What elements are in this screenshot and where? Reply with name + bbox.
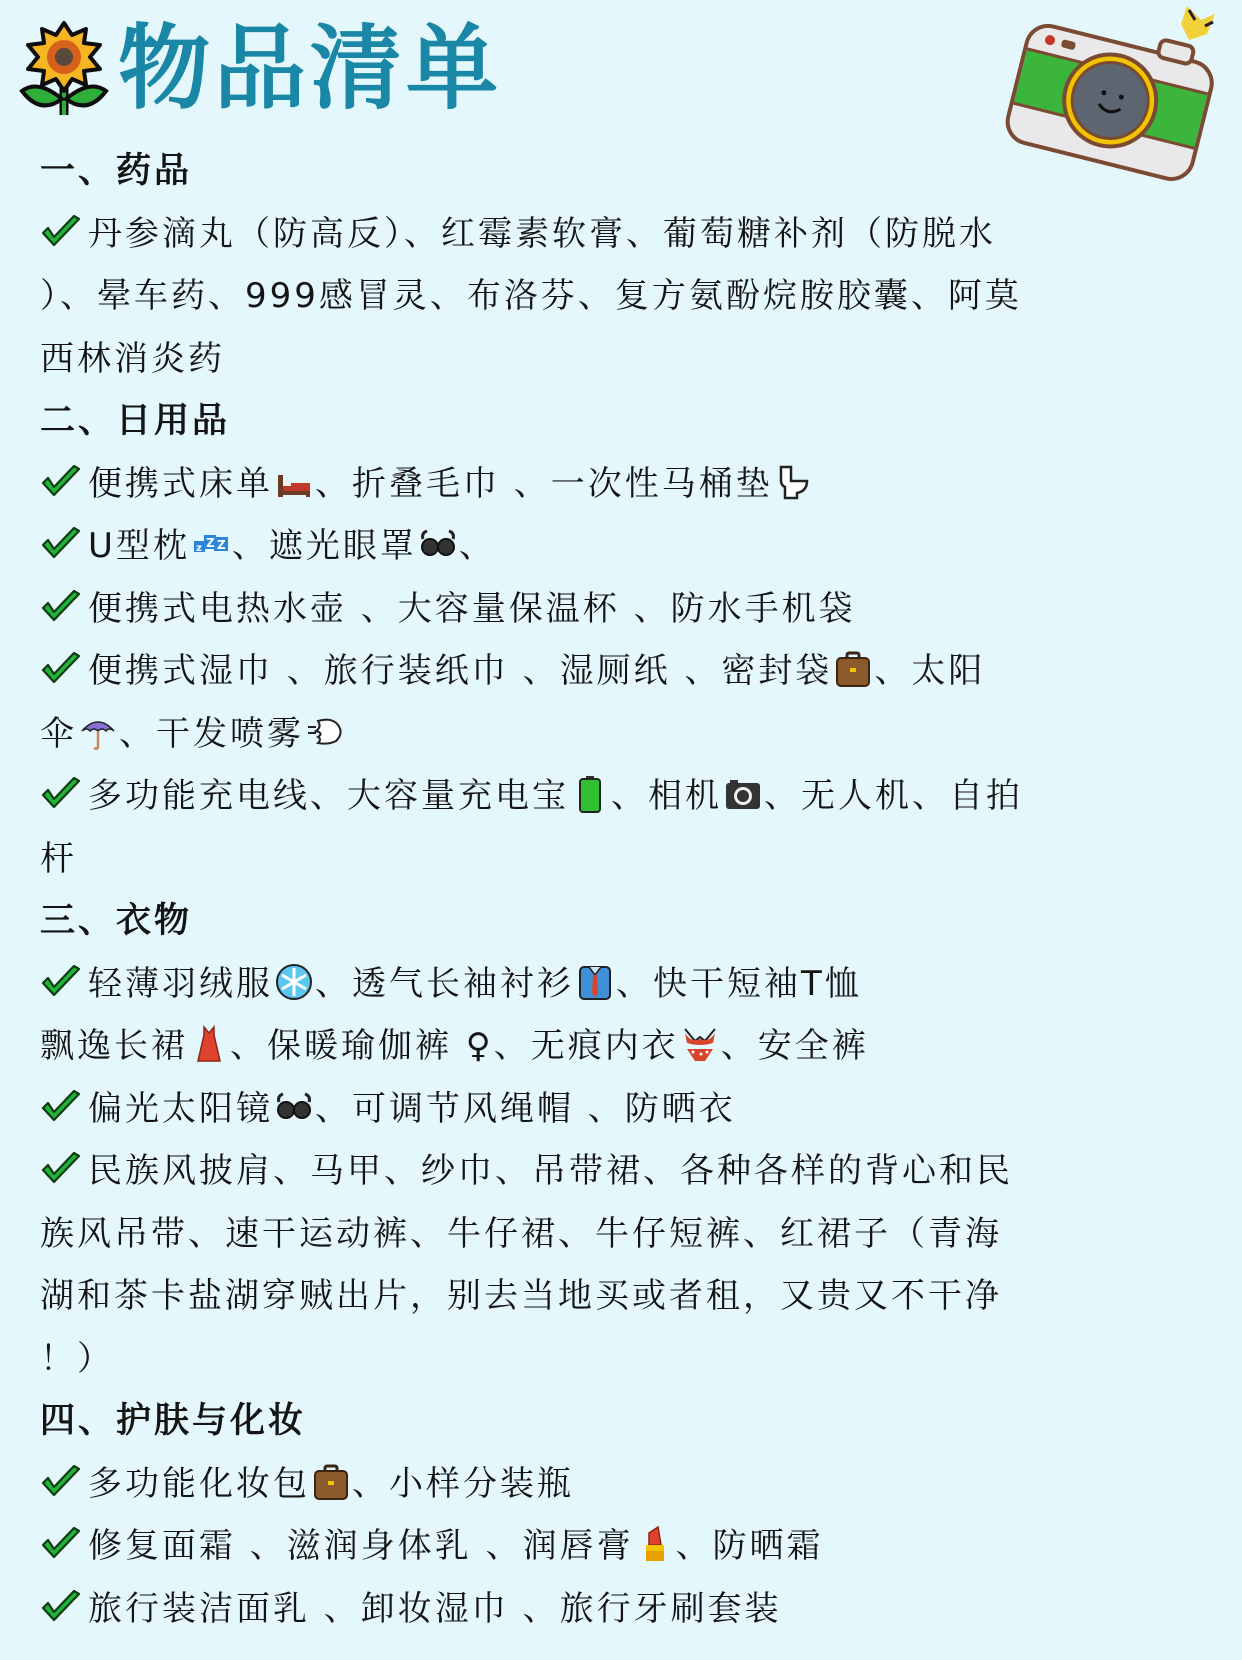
check-icon: [40, 590, 82, 624]
item-text: 、透气长袖衬衫: [315, 964, 574, 1004]
list-item: 偏光太阳镜、可调节风绳帽 、防晒衣: [40, 1078, 1220, 1141]
check-icon: [40, 1527, 82, 1561]
item-text: 、折叠毛巾 、一次性马桶垫: [315, 464, 773, 504]
item-text: 、无人机、自拍: [764, 776, 1023, 816]
check-icon: [40, 777, 82, 811]
item-text: 轻薄羽绒服: [88, 964, 273, 1004]
item-text: 丹参滴丸（防高反）、红霉素软膏、葡萄糖补剂（防脱水: [88, 214, 996, 254]
briefcase-icon: [834, 650, 872, 688]
item-text: 偏光太阳镜: [88, 1089, 273, 1129]
check-icon: [40, 527, 82, 561]
list-item-continuation: ！）: [40, 1328, 1220, 1391]
item-text: 便携式床单: [88, 464, 273, 504]
item-text: U型枕: [88, 526, 190, 566]
bed-icon: [275, 463, 313, 501]
item-text: 、可调节风绳帽 、防晒衣: [315, 1089, 736, 1129]
sunglasses-icon: [275, 1088, 313, 1126]
item-text: 杆: [40, 839, 77, 879]
item-text: 、安全裤: [721, 1026, 869, 1066]
item-text: ）、晕车药、999感冒灵、布洛芬、复方氨酚烷胺胶囊、阿莫: [40, 276, 1022, 316]
item-text: 、快干短袖T恤: [616, 964, 862, 1004]
list-item-continuation: ）、晕车药、999感冒灵、布洛芬、复方氨酚烷胺胶囊、阿莫: [40, 265, 1220, 328]
toilet-icon: [775, 463, 813, 501]
item-text: 、干发喷雾: [119, 714, 304, 754]
umbrella-icon: [79, 713, 117, 751]
list-item: U型枕zZZ、遮光眼罩、: [40, 515, 1220, 578]
item-text: 、: [459, 526, 496, 566]
check-icon: [40, 965, 82, 999]
check-icon: [40, 215, 82, 249]
lipstick-icon: [636, 1525, 674, 1563]
item-text: 、小样分装瓶: [352, 1464, 574, 1504]
sunglasses-icon: [419, 525, 457, 563]
item-text: 伞: [40, 714, 77, 754]
camera-icon: [724, 775, 762, 813]
list-item-continuation: 飘逸长裙、保暖瑜伽裤 ♀、无痕内衣、安全裤: [40, 1015, 1220, 1078]
item-text: 西林消炎药: [40, 339, 225, 379]
item-text: 、保暖瑜伽裤 ♀、无痕内衣: [230, 1026, 679, 1066]
list-item: 便携式电热水壶 、大容量保温杯 、防水手机袋: [40, 578, 1220, 641]
item-text: 民族风披肩、马甲、纱巾、吊带裙、各种各样的背心和民: [88, 1151, 1013, 1191]
list-item: 多功能化妆包、小样分装瓶: [40, 1453, 1220, 1516]
list-item: 丹参滴丸（防高反）、红霉素软膏、葡萄糖补剂（防脱水: [40, 203, 1220, 266]
battery-icon: [571, 775, 609, 813]
section-heading-daily-items: 二、日用品: [40, 390, 1220, 453]
item-text: ！）: [40, 1339, 114, 1379]
check-icon: [40, 1465, 82, 1499]
shirt-icon: [576, 963, 614, 1001]
sunflower-icon: [18, 19, 110, 119]
section-heading-clothing: 三、衣物: [40, 890, 1220, 953]
item-text: 旅行装洁面乳 、卸妆湿巾 、旅行牙刷套装: [88, 1589, 782, 1629]
item-text: 飘逸长裙: [40, 1026, 188, 1066]
check-icon: [40, 465, 82, 499]
item-text: 、防晒霜: [676, 1526, 824, 1566]
item-text: 湖和茶卡盐湖穿贼出片，别去当地买或者租，又贵又不干净: [40, 1276, 1002, 1316]
list-item: 旅行装洁面乳 、卸妆湿巾 、旅行牙刷套装: [40, 1578, 1220, 1641]
item-text: 、太阳: [874, 651, 985, 691]
check-icon: [40, 652, 82, 686]
snowflake-icon: [275, 963, 313, 1001]
item-text: 、遮光眼罩: [232, 526, 417, 566]
item-text: 、相机: [611, 776, 722, 816]
zzz-icon: zZZ: [192, 525, 230, 563]
list-item: 多功能充电线、大容量充电宝、相机、无人机、自拍: [40, 765, 1220, 828]
svg-text:Z: Z: [217, 538, 229, 552]
checklist: 一、药品 丹参滴丸（防高反）、红霉素软膏、葡萄糖补剂（防脱水 ）、晕车药、999…: [40, 140, 1220, 1640]
section-heading-medicine: 一、药品: [40, 140, 1220, 203]
list-item-continuation: 伞、干发喷雾: [40, 703, 1220, 766]
list-item: 民族风披肩、马甲、纱巾、吊带裙、各种各样的背心和民: [40, 1140, 1220, 1203]
list-item: 便携式湿巾 、旅行装纸巾 、湿厕纸 、密封袋、太阳: [40, 640, 1220, 703]
dress-icon: [190, 1025, 228, 1063]
list-item-continuation: 湖和茶卡盐湖穿贼出片，别去当地买或者租，又贵又不干净: [40, 1265, 1220, 1328]
list-item: 轻薄羽绒服、透气长袖衬衫、快干短袖T恤: [40, 953, 1220, 1016]
list-item: 便携式床单、折叠毛巾 、一次性马桶垫: [40, 453, 1220, 516]
wind-icon: [306, 713, 344, 751]
list-item: 修复面霜 、滋润身体乳 、润唇膏、防晒霜: [40, 1515, 1220, 1578]
item-text: 便携式电热水壶 、大容量保温杯 、防水手机袋: [88, 589, 856, 629]
page-title: 物品清单: [118, 23, 502, 115]
list-item-continuation: 族风吊带、速干运动裤、牛仔裙、牛仔短裤、红裙子（青海: [40, 1203, 1220, 1266]
briefcase-icon: [312, 1463, 350, 1501]
item-text: 便携式湿巾 、旅行装纸巾 、湿厕纸 、密封袋: [88, 651, 832, 691]
item-text: 多功能化妆包: [88, 1464, 310, 1504]
svg-text:Z: Z: [206, 536, 218, 550]
item-text: 族风吊带、速干运动裤、牛仔裙、牛仔短裤、红裙子（青海: [40, 1214, 1002, 1254]
check-icon: [40, 1590, 82, 1624]
check-icon: [40, 1090, 82, 1124]
header: 物品清单: [18, 14, 502, 124]
list-item-continuation: 杆: [40, 828, 1220, 891]
list-item-continuation: 西林消炎药: [40, 328, 1220, 391]
item-text: 修复面霜 、滋润身体乳 、润唇膏: [88, 1526, 634, 1566]
section-heading-skincare-makeup: 四、护肤与化妆: [40, 1390, 1220, 1453]
check-icon: [40, 1152, 82, 1186]
item-text: 多功能充电线、大容量充电宝: [88, 776, 569, 816]
bikini-icon: [681, 1025, 719, 1063]
svg-text:z: z: [196, 543, 205, 554]
